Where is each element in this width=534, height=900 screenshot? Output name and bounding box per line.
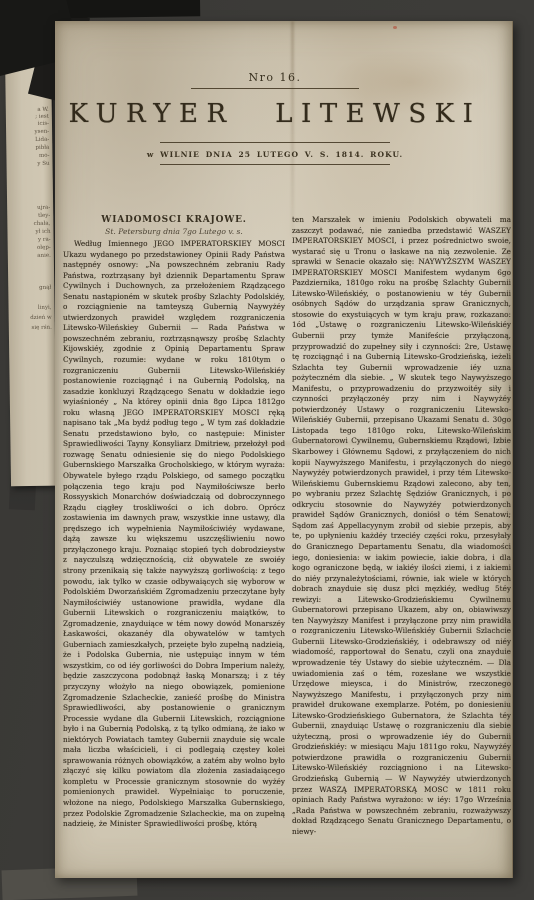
book-scan: rkim a W. ; iest icis- ysen- Lida- pibła… [0, 0, 534, 900]
rule-divider [160, 142, 390, 143]
spine-text-fragment: icis- [38, 121, 49, 127]
publication-dateline: w WILNIE DNIA 25 LUTEGO V. S. 1814. ROKU… [55, 150, 495, 159]
section-dateline: St. Petersburg dnia 7go Lutego v. s. [63, 227, 285, 236]
rule-divider [191, 88, 359, 89]
spine-text-fragment: dzień w [30, 315, 52, 321]
article-text-right: ten Marszałek w imieniu Podolskich obywa… [292, 215, 511, 835]
masthead: Nro 16. KURYER LITEWSKI w WILNIE DNIA 25… [55, 21, 495, 165]
spine-text-fragment: Lida- [35, 137, 49, 143]
spine-text-fragment: linyi, [38, 305, 52, 311]
section-title: WIADOMOSCI KRAJOWE. [63, 215, 285, 225]
spine-text-fragment: y Su [37, 161, 49, 167]
column-left: WIADOMOSCI KRAJOWE. St. Petersburg dnia … [63, 215, 285, 835]
spine-text-fragment: a W. [37, 107, 49, 113]
masthead-title: KURYER LITEWSKI [55, 99, 495, 129]
spine-text-fragment: chała, [34, 221, 51, 227]
spine-text-fragment: ołęp- [37, 245, 51, 251]
rule-divider [160, 164, 390, 165]
spine-text-fragment: ; iest [35, 114, 49, 120]
spine-text-fragment: y ra- [38, 237, 51, 243]
newspaper-page: Nro 16. KURYER LITEWSKI w WILNIE DNIA 25… [55, 21, 513, 878]
spine-text-fragment: się rśn. [31, 325, 51, 331]
spine-text-fragment: gnął [39, 285, 51, 291]
column-right: ten Marszałek w imieniu Podolskich obywa… [292, 215, 511, 835]
spine-text-fragment: pibła [35, 145, 49, 151]
article-text-left: Według Imiennego JEGO IMPERATORSKIEY MOS… [63, 239, 285, 830]
spine-text-fragment: anie. [37, 253, 51, 259]
spine-text-fragment: tley- [38, 213, 50, 219]
issue-number: Nro 16. [55, 71, 495, 84]
spine-text-fragment: ysen- [34, 129, 49, 135]
spine-text-fragment: ył ich [35, 229, 50, 235]
adjacent-page-edge: rkim a W. ; iest icis- ysen- Lida- pibła… [5, 50, 57, 487]
spine-text-fragment: ujra- [37, 205, 50, 211]
spine-text-fragment: mo- [39, 153, 49, 159]
